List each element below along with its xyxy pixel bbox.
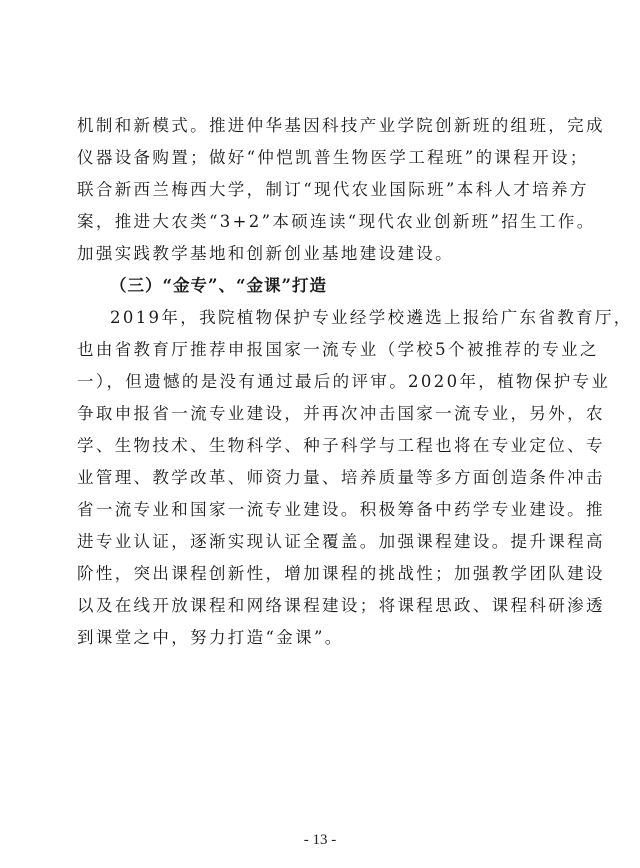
text-line: 业管理、教学改革、师资力量、培养质量等多方面创造条件冲击 — [77, 462, 577, 494]
text-line: 仪器设备购置；做好“仲恺凯普生物医学工程班”的课程开设； — [77, 142, 577, 174]
text-line: 加强实践教学基地和创新创业基地建设建设。 — [77, 238, 577, 270]
section-heading: （三）“金专”、“金课”打造 — [77, 270, 577, 302]
document-body: 机制和新模式。推进仲华基因科技产业学院创新班的组班，完成 仪器设备购置；做好“仲… — [77, 110, 577, 654]
text-line: 到课堂之中，努力打造“金课”。 — [77, 622, 577, 654]
text-line: 也由省教育厅推荐申报国家一流专业（学校5个被推荐的专业之 — [77, 334, 577, 366]
text-line: 进专业认证，逐渐实现认证全覆盖。加强课程建设。提升课程高 — [77, 526, 577, 558]
text-line: 学、生物技术、生物科学、种子科学与工程也将在专业定位、专 — [77, 430, 577, 462]
page-number: - 13 - — [0, 832, 640, 849]
paragraph-gold-majors: 2019年，我院植物保护专业经学校遴选上报给广东省教育厅， 也由省教育厅推荐申报… — [77, 302, 577, 654]
text-line: 省一流专业和国家一流专业建设。积极筹备中药学专业建设。推 — [77, 494, 577, 526]
text-line: 案，推进大农类“3+2”本硕连读“现代农业创新班”招生工作。 — [77, 206, 577, 238]
text-line: 阶性，突出课程创新性，增加课程的挑战性；加强教学团队建设 — [77, 558, 577, 590]
text-line: 机制和新模式。推进仲华基因科技产业学院创新班的组班，完成 — [77, 110, 577, 142]
text-line: 一），但遗憾的是没有通过最后的评审。2020年，植物保护专业 — [77, 366, 577, 398]
text-line: 争取申报省一流专业建设，并再次冲击国家一流专业，另外，农 — [77, 398, 577, 430]
text-line: 2019年，我院植物保护专业经学校遴选上报给广东省教育厅， — [77, 302, 577, 334]
text-line: 以及在线开放课程和网络课程建设；将课程思政、课程科研渗透 — [77, 590, 577, 622]
text-line: 联合新西兰梅西大学，制订“现代农业国际班”本科人才培养方 — [77, 174, 577, 206]
paragraph-continued: 机制和新模式。推进仲华基因科技产业学院创新班的组班，完成 仪器设备购置；做好“仲… — [77, 110, 577, 270]
